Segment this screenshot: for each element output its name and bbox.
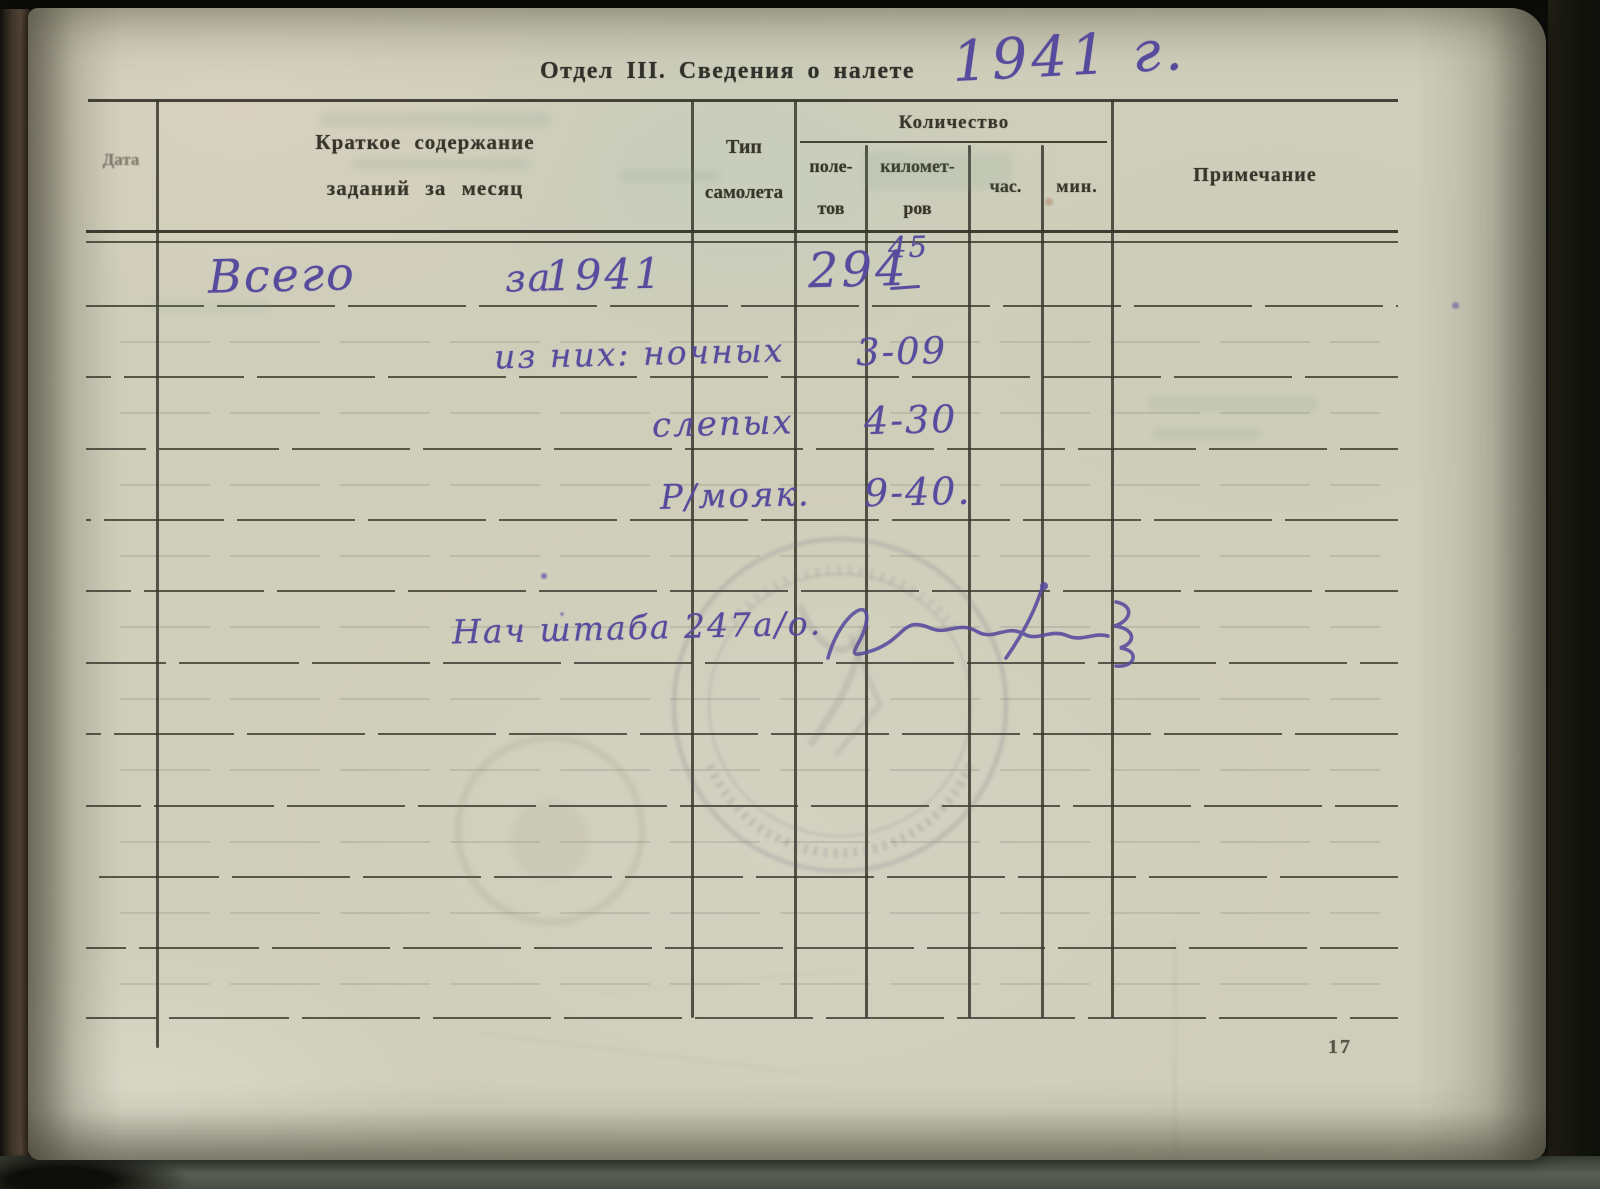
entry-total-minutes-sup: 45 [888,230,930,265]
table-top-border [88,99,1398,102]
header-kilometers-line2: ров [866,198,969,219]
round-stamp [650,515,1030,895]
header-notes: Примечание [1120,164,1390,187]
ink-speck [541,573,547,579]
header-minutes: мин. [1042,176,1112,197]
row-rule [86,947,1398,949]
bleedthrough-rule [120,983,1380,985]
header-flights-line1: поле- [796,156,866,177]
row-rule [86,448,1398,450]
paper-crease [1174,940,1176,1155]
ink-speck [1452,302,1459,309]
paper-stain [1045,198,1053,206]
bleedthrough-mark [350,158,530,170]
entry-night-value: 3-09 [855,329,947,374]
stamp-bleedthrough [440,720,660,940]
header-aircraft-line2: самолета [692,182,796,204]
page-number: 17 [1328,1036,1352,1059]
ink-speck [588,638,591,641]
row-rule [86,305,1398,307]
col-divider-minutes [1111,100,1114,1018]
header-summary-line2: заданий за месяц [200,176,650,201]
entry-night-label: из них: ночных [494,330,785,376]
bleedthrough-mark [1148,396,1318,412]
bleedthrough-mark [620,170,720,182]
table-bottom-border [86,1017,1398,1019]
bleedthrough-mark [150,300,270,312]
book-binding-edge [0,0,30,1189]
header-summary-line1: Краткое содержание [200,130,650,155]
entry-total-word3: 1941 [544,249,664,301]
header-aircraft-line1: Тип [694,136,794,159]
entry-beacon-value: 9-40. [863,469,971,516]
entry-total-word1: Всего [207,246,356,304]
bleedthrough-mark [862,152,1012,190]
col-divider-date [156,100,159,1048]
header-date: Дата [90,150,152,170]
ink-speck [560,612,564,616]
entry-blind-label: слепых [652,402,795,445]
bleedthrough-mark [320,112,550,127]
entry-blind-value: 4-30 [863,397,957,443]
header-quantity: Количество [800,112,1108,134]
book-cover-right-edge [1548,0,1600,1189]
table-header-divider [86,230,1398,243]
entry-beacon-label: Р/мояк. [660,474,812,518]
logbook-scan: Отдел III. Сведения о налете 1941 г. Дат… [0,0,1600,1189]
quantity-underline [800,141,1107,143]
row-rule [86,376,1398,378]
bleedthrough-rule [120,912,1380,914]
bleedthrough-mark [1152,428,1262,440]
header-flights-line2: тов [796,198,866,219]
page-title: Отдел III. Сведения о налете [540,58,915,85]
year-note-handwritten: 1941 г. [950,18,1188,95]
